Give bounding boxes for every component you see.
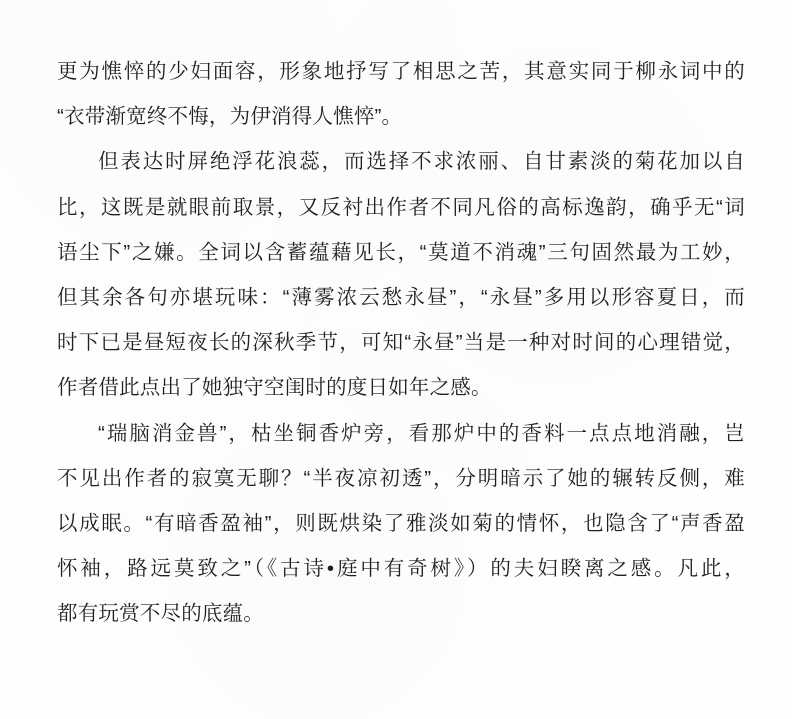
text-line: 但表达时屏绝浮花浪蕊，而选择不求浓丽、自甘素淡的菊花加以自 xyxy=(57,139,745,184)
text-line: 以成眠。“有暗香盈袖”，则既烘染了雅淡如菊的情怀，也隐含了“声香盈 xyxy=(57,501,745,546)
text-line: “瑞脑消金兽”，枯坐铜香炉旁，看那炉中的香料一点点地消融，岂 xyxy=(57,411,745,456)
text-line: “衣带渐宽终不悔，为伊消得人憔悴”。 xyxy=(57,94,745,139)
text-line: 时下已是昼短夜长的深秋季节，可知“永昼”当是一种对时间的心理错觉， xyxy=(57,320,745,365)
text-line: 语尘下”之嫌。全词以含蓄蕴藉见长，“莫道不消魂”三句固然最为工妙， xyxy=(57,230,745,275)
text-line: 不见出作者的寂寞无聊？“半夜凉初透”，分明暗示了她的辗转反侧，难 xyxy=(57,456,745,501)
document-page: 更为憔悴的少妇面容，形象地抒写了相思之苦，其意实同于柳永词中的 “衣带渐宽终不悔… xyxy=(0,0,792,719)
text-line: 作者借此点出了她独守空闺时的度日如年之感。 xyxy=(57,365,745,410)
text-line: 但其余各句亦堪玩味：“薄雾浓云愁永昼”，“永昼”多用以形容夏日，而 xyxy=(57,275,745,320)
text-content: 更为憔悴的少妇面容，形象地抒写了相思之苦，其意实同于柳永词中的 “衣带渐宽终不悔… xyxy=(57,49,745,636)
text-line: 都有玩赏不尽的底蕴。 xyxy=(57,591,745,636)
text-line: 怀袖，路远莫致之”（《古诗•庭中有奇树》）的夫妇睽离之感。凡此， xyxy=(57,546,745,591)
text-line: 比，这既是就眼前取景，又反衬出作者不同凡俗的高标逸韵，确乎无“词 xyxy=(57,185,745,230)
text-line: 更为憔悴的少妇面容，形象地抒写了相思之苦，其意实同于柳永词中的 xyxy=(57,49,745,94)
page-background: { "document": { "kind": "scanned-book-pa… xyxy=(0,0,792,719)
